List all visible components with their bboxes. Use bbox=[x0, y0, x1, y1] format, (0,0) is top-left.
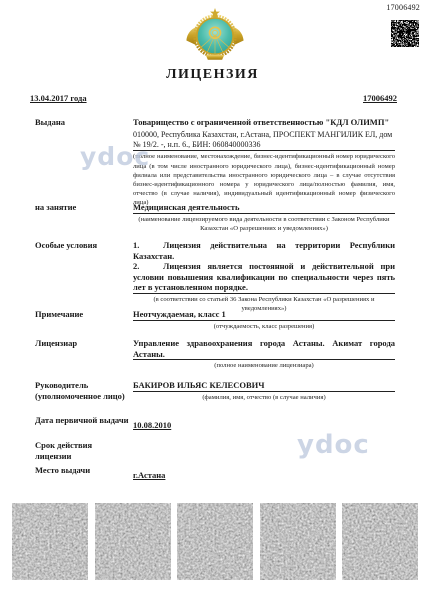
validity-label: Срок действия лицензии bbox=[35, 440, 133, 462]
licensee-name: Товарищество с ограниченной ответственно… bbox=[133, 117, 395, 128]
note-caption: (отчуждаемость, класс разрешения) bbox=[133, 322, 395, 331]
issued-to-caption: (полное наименование, местонахождение, б… bbox=[133, 152, 395, 207]
activity-value: Медицинская деятельность bbox=[133, 202, 395, 214]
license-number: 17006492 bbox=[363, 93, 397, 103]
activity-caption: (наименование лицензируемого вида деятел… bbox=[133, 215, 395, 233]
document-title: ЛИЦЕНЗИЯ bbox=[0, 67, 425, 83]
note-label: Примечание bbox=[35, 309, 133, 331]
special-condition-item: 2.Лицензия является постоянной и действи… bbox=[133, 261, 395, 294]
issue-place-value: г.Астана bbox=[133, 470, 165, 480]
qr-code bbox=[390, 19, 420, 48]
barcode-block bbox=[177, 503, 253, 580]
barcode-block bbox=[95, 503, 171, 580]
validity-label-line2: лицензии bbox=[35, 451, 133, 462]
watermark: ydoc bbox=[297, 430, 370, 460]
kazakhstan-emblem-icon bbox=[182, 7, 248, 63]
barcode-block bbox=[12, 503, 88, 580]
section-activity: на занятие Медицинская деятельность (наи… bbox=[35, 202, 395, 233]
first-issue-date-value: 10.08.2010 bbox=[133, 420, 171, 430]
meta-row: 13.04.2017 года 17006492 bbox=[30, 93, 397, 103]
licensor-value: Управление здравоохранения города Астаны… bbox=[133, 338, 395, 360]
item-number: 1. bbox=[133, 240, 163, 251]
head-caption: (фамилия, имя, отчество (в случае наличи… bbox=[133, 393, 395, 402]
validity-label-line1: Срок действия bbox=[35, 440, 133, 451]
special-conditions-label: Особые условия bbox=[35, 240, 133, 313]
barcode-block bbox=[342, 503, 418, 580]
item-text: Лицензия действительна на территории Рес… bbox=[133, 240, 395, 261]
emblem-banner bbox=[206, 55, 225, 60]
issue-date: 13.04.2017 года bbox=[30, 93, 87, 103]
head-label-line1: Руководитель bbox=[35, 380, 133, 391]
licensee-address: 010000, Республика Казахстан, г.Астана, … bbox=[133, 130, 395, 152]
head-value: БАКИРОВ ИЛЬЯС КЕЛЕСОВИЧ bbox=[133, 380, 395, 392]
head-label: Руководитель (уполномоченное лицо) bbox=[35, 380, 133, 402]
special-condition-item: 1.Лицензия действительна на территории Р… bbox=[133, 240, 395, 261]
licensor-label: Лицензиар bbox=[35, 338, 133, 370]
section-special-conditions: Особые условия 1.Лицензия действительна … bbox=[35, 240, 395, 313]
section-note: Примечание Неотчуждаемая, класс 1 (отчуж… bbox=[35, 309, 395, 331]
activity-label: на занятие bbox=[35, 202, 133, 233]
first-issue-date-label: Дата первичной выдачи bbox=[35, 415, 133, 433]
barcode-strip bbox=[12, 503, 418, 580]
document-number-top: 17006492 bbox=[386, 3, 420, 12]
head-label-line2: (уполномоченное лицо) bbox=[35, 391, 133, 402]
watermark: ydoc bbox=[80, 142, 150, 171]
item-number: 2. bbox=[133, 261, 163, 272]
licensor-caption: (полное наименование лицензиара) bbox=[133, 361, 395, 370]
note-value: Неотчуждаемая, класс 1 bbox=[133, 309, 395, 321]
item-text: Лицензия является постоянной и действите… bbox=[133, 261, 395, 292]
section-issue-place: Место выдачи г.Астана bbox=[35, 465, 395, 483]
section-head: Руководитель (уполномоченное лицо) БАКИР… bbox=[35, 380, 395, 402]
barcode-block bbox=[260, 503, 336, 580]
issue-place-label: Место выдачи bbox=[35, 465, 133, 483]
section-licensor: Лицензиар Управление здравоохранения гор… bbox=[35, 338, 395, 370]
